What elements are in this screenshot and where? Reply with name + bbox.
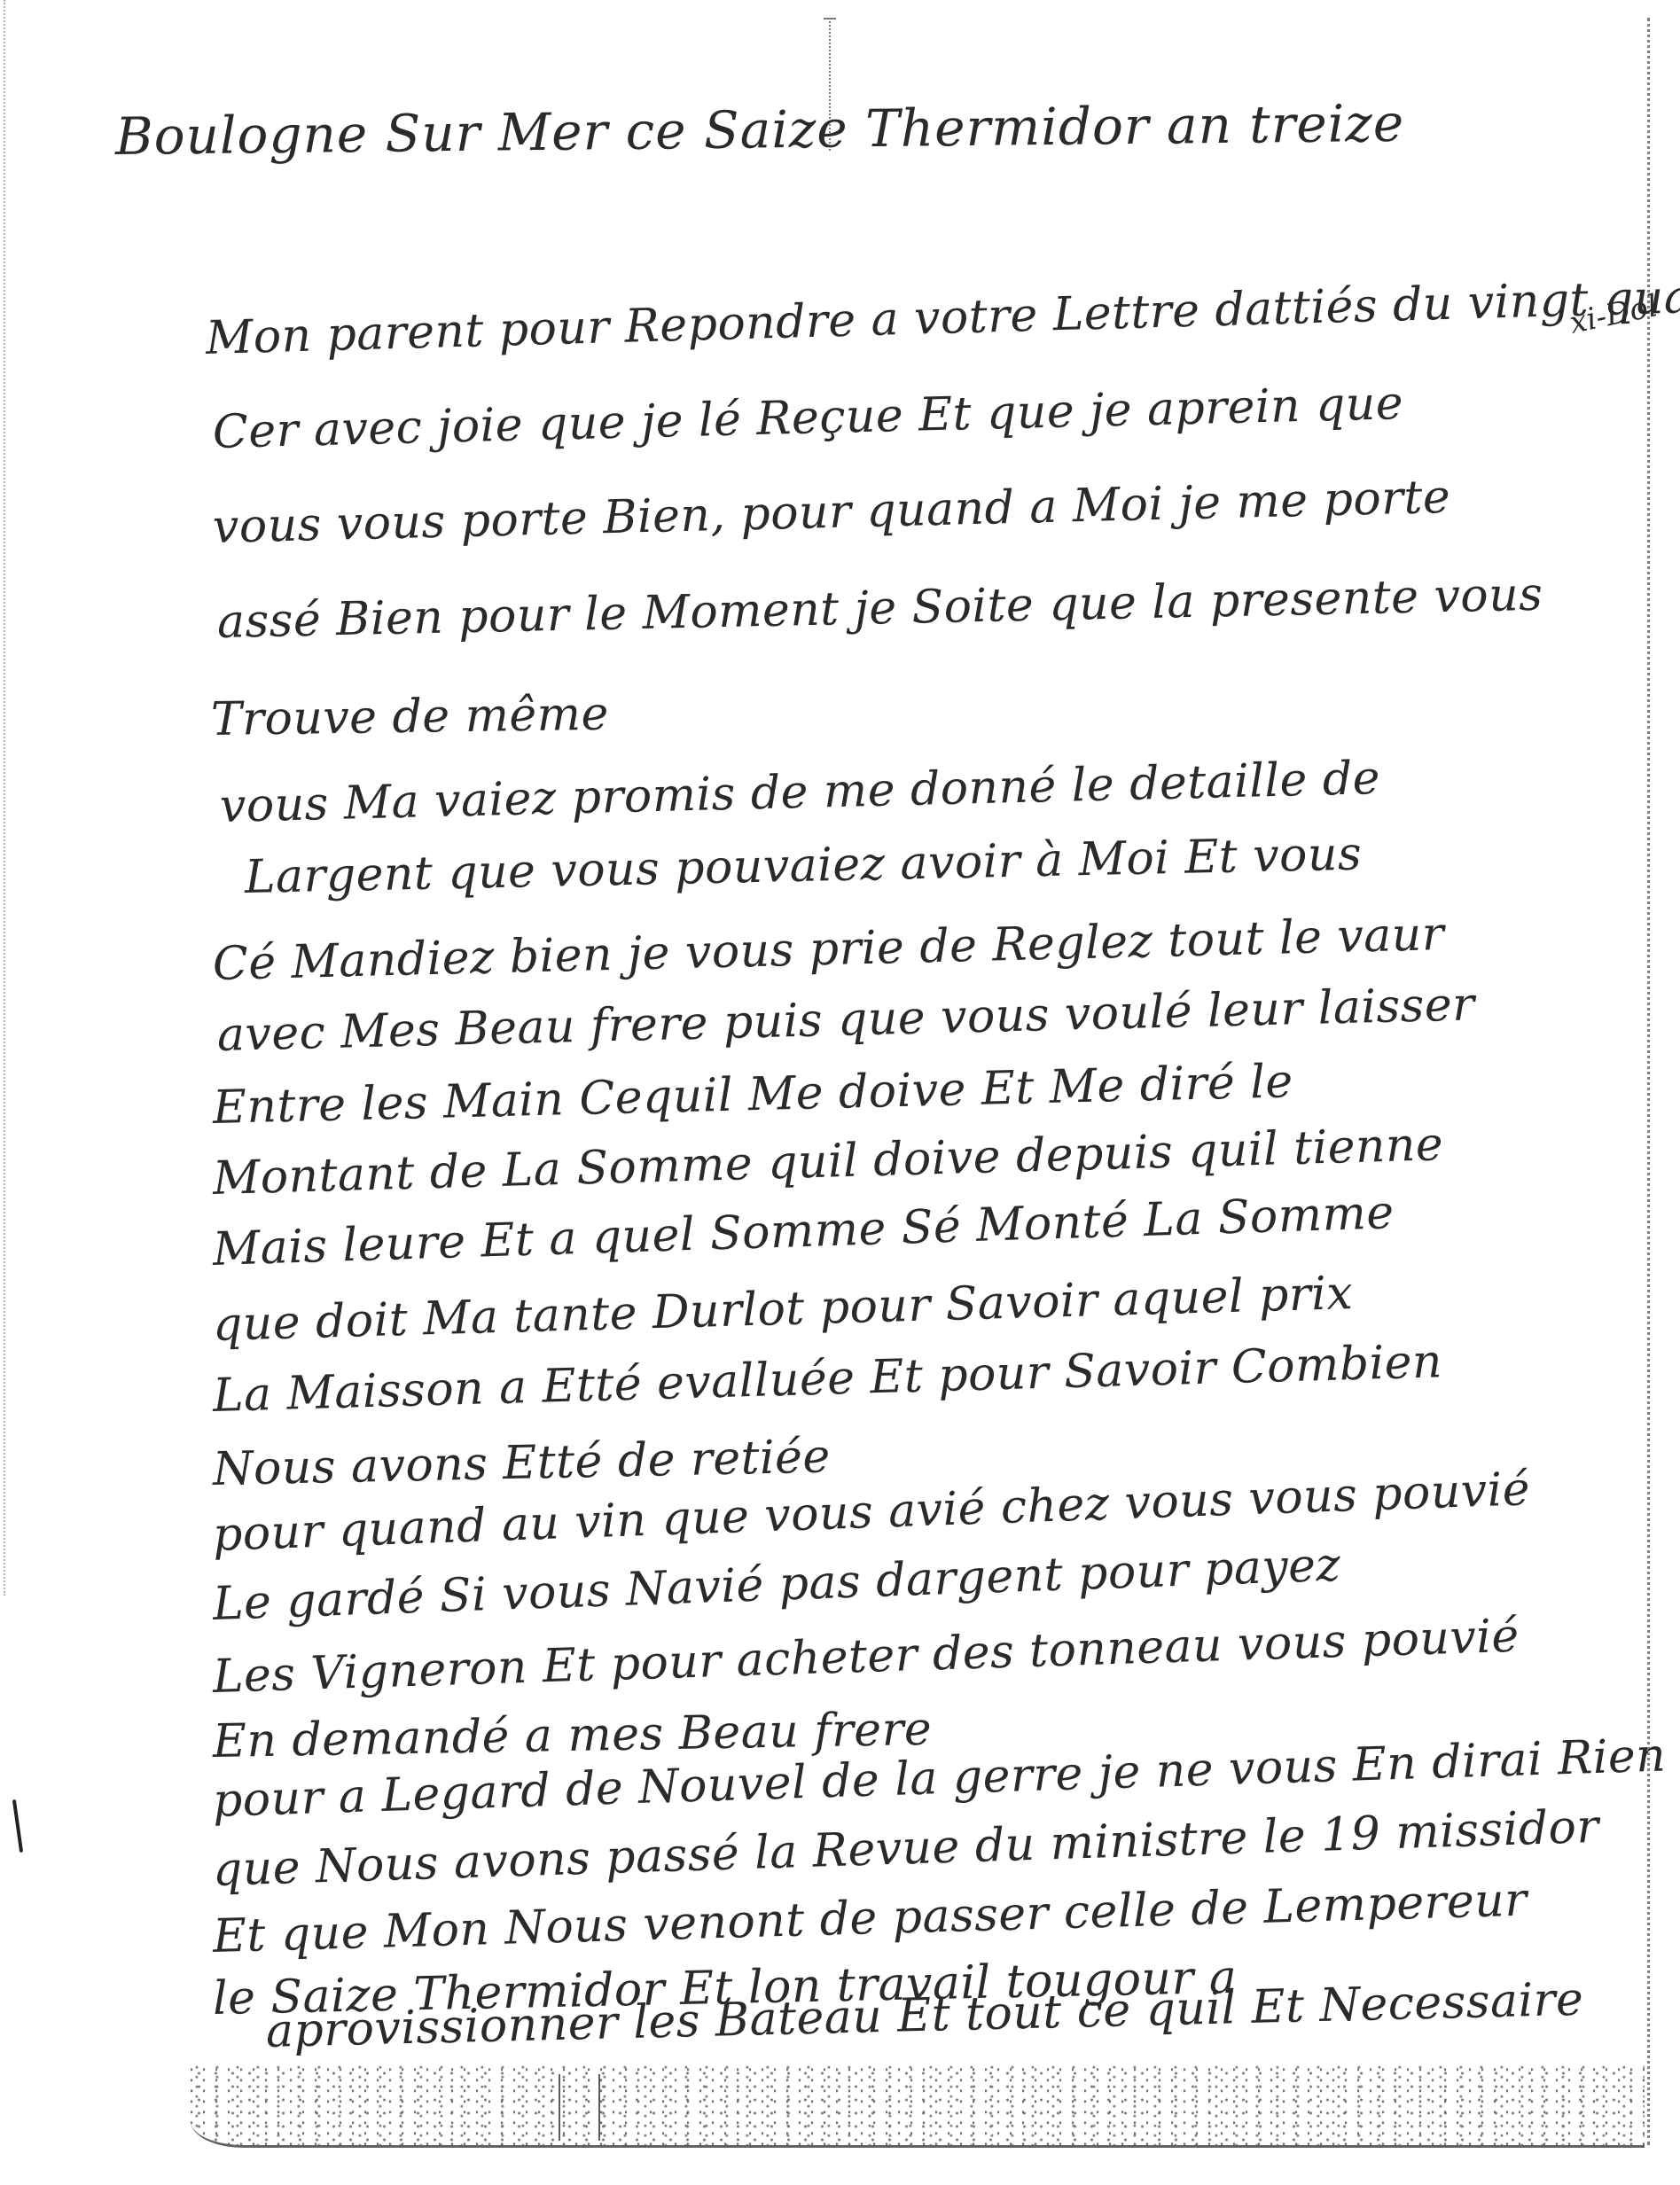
letter-heading: Boulogne Sur Mer ce Saize Thermidor an t… bbox=[115, 93, 1405, 167]
letter-line: avec Mes Beau frere puis que vous voulé … bbox=[216, 978, 1475, 1062]
letter-line: assé Bien pour le Moment je Soite que la… bbox=[216, 568, 1543, 649]
letter-line: Largent que vous pouvaiez avoir à Moi Et… bbox=[244, 828, 1362, 904]
letter-line: vous vous porte Bien, pour quand a Moi j… bbox=[212, 471, 1451, 554]
letter-line: Trouve de même bbox=[211, 688, 610, 746]
margin-ink-stroke bbox=[12, 1799, 23, 1853]
scan-bottom-stain bbox=[191, 2065, 1645, 2148]
letter-line: Entre les Main Cequil Me doive Et Me dir… bbox=[212, 1055, 1293, 1135]
letter-line: La Maisson a Etté evalluée Et pour Savoi… bbox=[212, 1335, 1443, 1423]
scan-left-edge bbox=[4, 0, 5, 1596]
letter-line: que doit Ma tante Durlot pour Savoir aqu… bbox=[212, 1267, 1354, 1352]
scan-artifact bbox=[598, 2074, 600, 2141]
letter-line: Cé Mandiez bien je vous prie de Reglez t… bbox=[212, 908, 1445, 991]
scan-right-edge bbox=[1647, 18, 1650, 2145]
letter-line: vous Ma vaiez promis de me donné le deta… bbox=[219, 752, 1380, 833]
letter-line: Cer avec joie que je lé Reçue Et que je … bbox=[212, 377, 1403, 459]
letter-line: Mon parent pour Repondre a votre Lettre … bbox=[205, 269, 1680, 365]
letter-line: Nous avons Etté de retiée bbox=[212, 1430, 831, 1496]
letter-page: Boulogne Sur Mer ce Saize Thermidor an t… bbox=[0, 0, 1680, 2185]
scan-artifact bbox=[559, 2074, 560, 2141]
heading-text: Boulogne Sur Mer ce Saize Thermidor an t… bbox=[115, 93, 1405, 167]
